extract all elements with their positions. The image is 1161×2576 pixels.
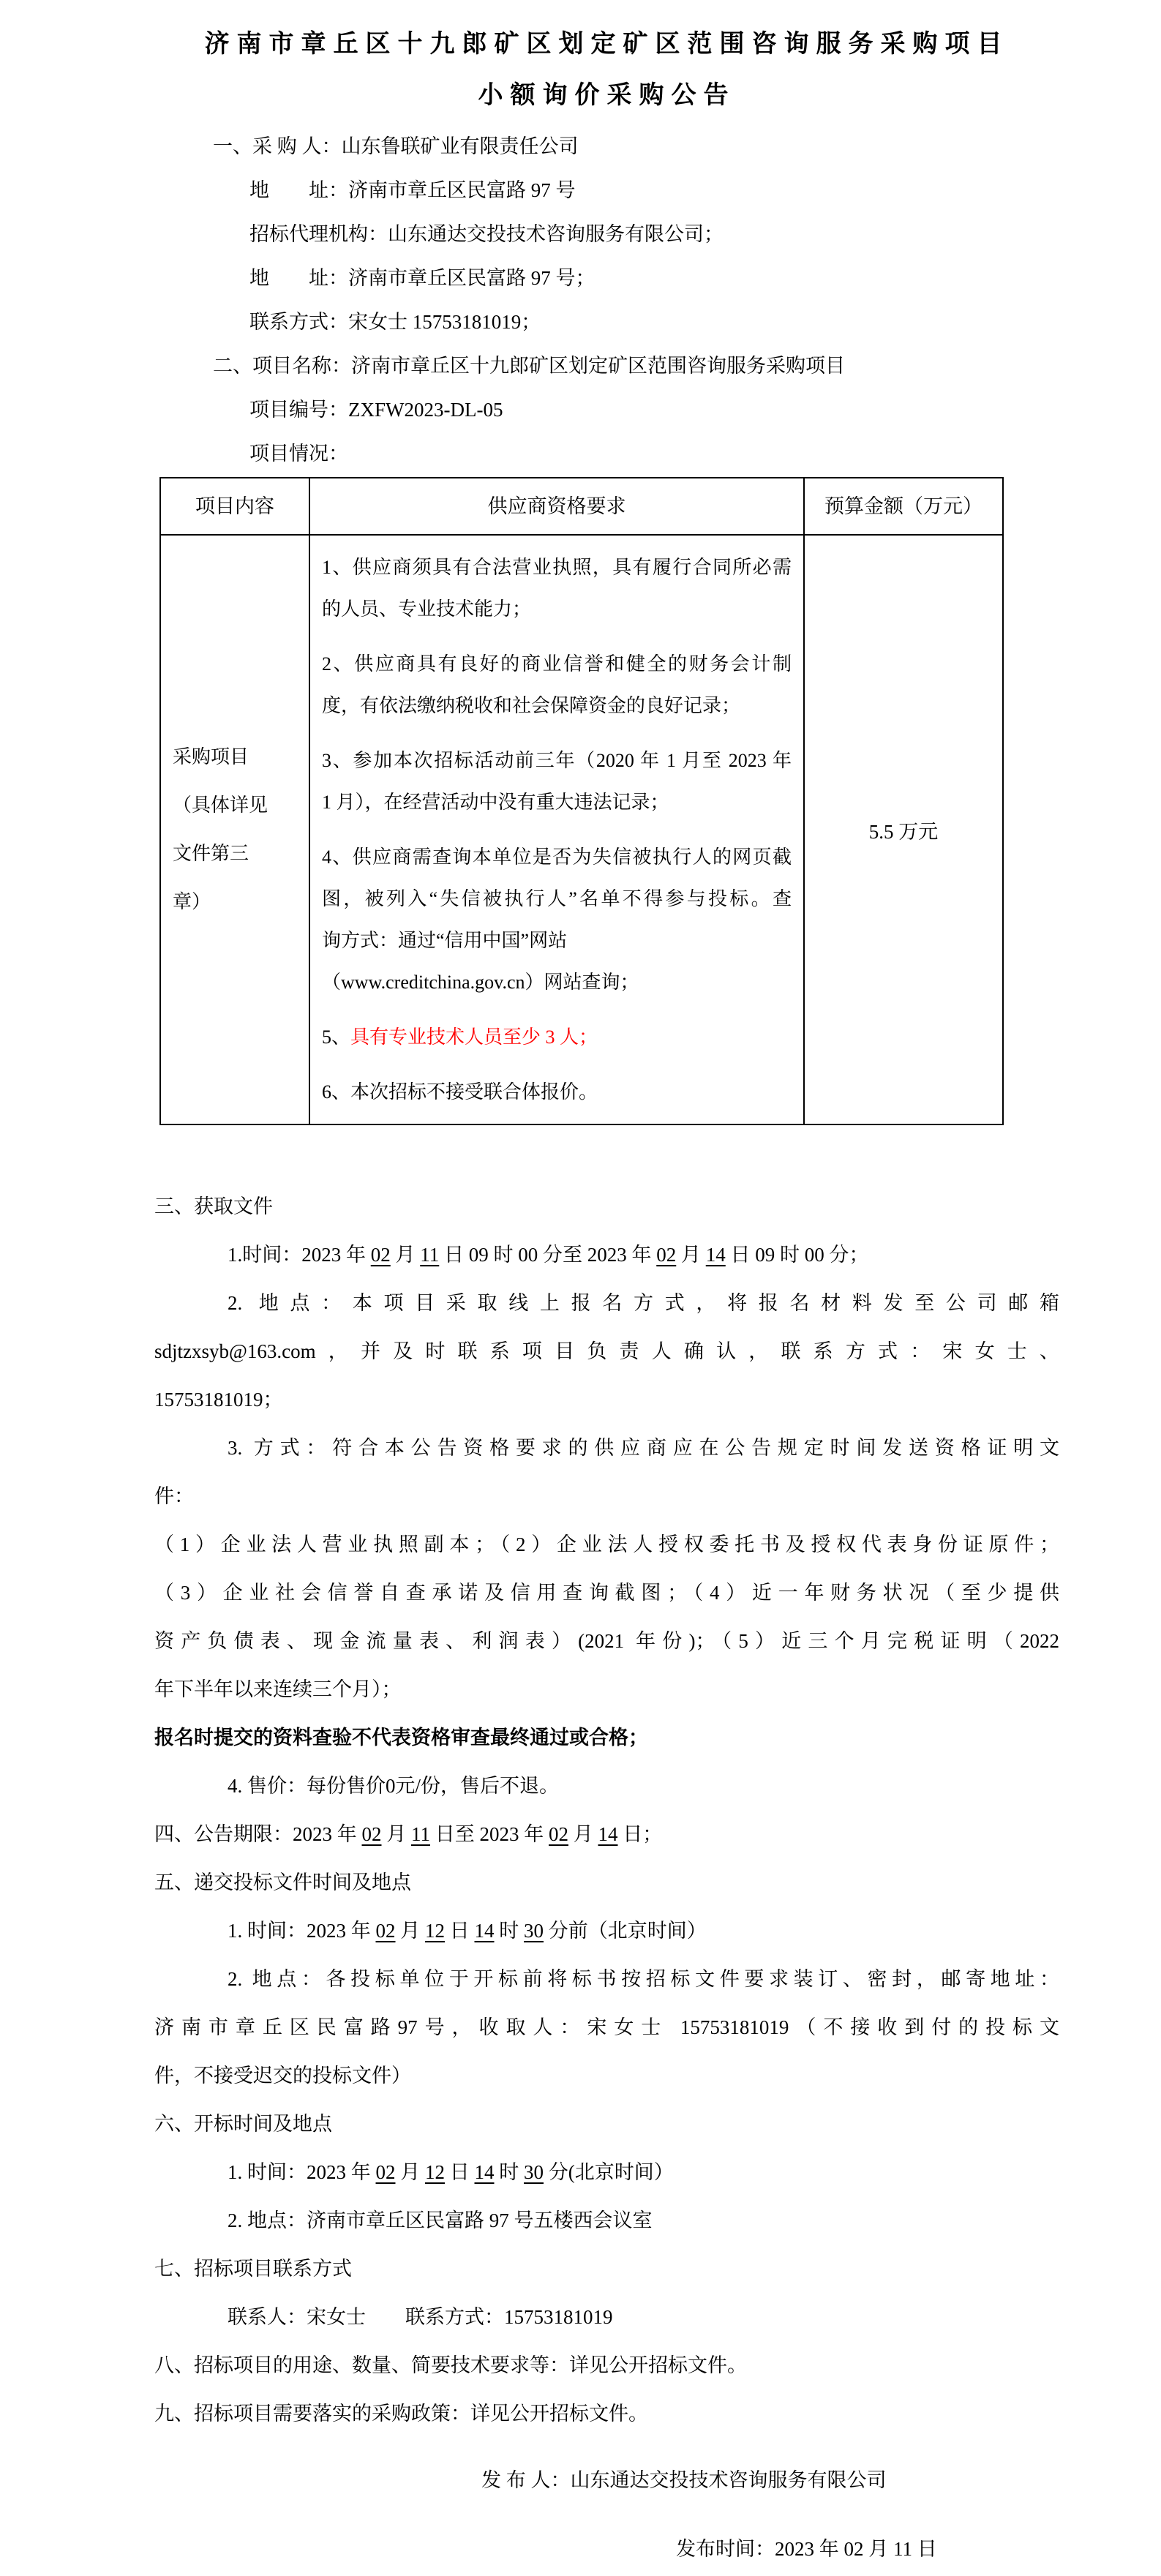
- text-line: 地 址：济南市章丘区民富路 97 号: [154, 168, 1059, 212]
- text-segment: 的人员、专业技术能力；: [322, 598, 531, 620]
- text-segment: 发 布 人：山东通达交投技术咨询服务有限公司: [481, 2469, 887, 2491]
- text-line: 的人员、专业技术能力；: [322, 588, 792, 630]
- text-line: 发布时间：2023 年 02 月 11 日: [154, 2525, 1059, 2573]
- text-segment: 2. 地点：本项目采取线上报名方式，将报名材料发至公司邮箱: [228, 1292, 1059, 1314]
- text-segment: sdjtzxsyb@163.com，并及时联系项目负责人确认，联系方式：宋女士、: [154, 1340, 1059, 1362]
- text-line: （www.creditchina.gov.cn）网站查询；: [322, 961, 792, 1003]
- page-title-line1: 济南市章丘区十九郎矿区划定矿区范围咨询服务采购项目: [154, 19, 1059, 70]
- text-segment: 分前（北京时间）: [544, 1920, 707, 1942]
- text-segment: 02: [376, 2161, 396, 2183]
- text-segment: 联系方式：宋女士 15753181019；: [249, 311, 541, 333]
- requirement-paragraph: 2、供应商具有良好的商业信誉和健全的财务会计制度，有依法缴纳税收和社会保障资金的…: [322, 643, 792, 726]
- text-line: 项目编号：ZXFW2023-DL-05: [154, 388, 1059, 432]
- publish-date-line: 发布时间：2023 年 02 月 11 日: [154, 2525, 1059, 2573]
- body-sections: 三、获取文件1.时间：2023 年 02 月 11 日 09 时 00 分至 2…: [154, 1182, 1059, 2438]
- text-segment: 八、招标项目的用途、数量、简要技术要求等：详见公开招标文件。: [154, 2354, 747, 2376]
- text-segment: 年下半年以来连续三个月）；: [154, 1678, 402, 1700]
- requirement-paragraph: 1、供应商须具有合法营业执照，具有履行合同所必需的人员、专业技术能力；: [322, 547, 792, 630]
- text-line: 2. 地点：各投标单位于开标前将标书按招标文件要求装订、密封，邮寄地址：: [154, 1955, 1059, 2003]
- text-segment: 日 09 时 00 分；: [726, 1244, 869, 1266]
- text-line: 九、招标项目需要落实的采购政策：详见公开招标文件。: [154, 2389, 1059, 2438]
- text-segment: 02: [371, 1244, 391, 1266]
- text-line: 三、获取文件: [154, 1182, 1059, 1231]
- requirement-paragraph: 3、参加本次招标活动前三年（2020 年 1 月至 2023 年1 月），在经营…: [322, 740, 792, 823]
- col-header-supplier-requirements: 供应商资格要求: [309, 478, 804, 535]
- text-line: （3）企业社会信誉自查承诺及信用查询截图；（4）近一年财务状况（至少提供: [154, 1569, 1059, 1617]
- text-segment: 3、参加本次招标活动前三年（2020 年 1 月至 2023 年: [322, 750, 792, 771]
- text-line: 件，不接受迟交的投标文件）: [154, 2051, 1059, 2100]
- text-line: 七、招标项目联系方式: [154, 2245, 1059, 2293]
- text-line: 1 月），在经营活动中没有重大违法记录；: [322, 781, 792, 823]
- text-line: 二、项目名称：济南市章丘区十九郎矿区划定矿区范围咨询服务采购项目: [154, 344, 1059, 388]
- text-segment: 4. 售价：每份售价0元/份，售后不退。: [228, 1775, 559, 1797]
- text-segment: 联系人：宋女士 联系方式：15753181019: [228, 2306, 613, 2328]
- text-segment: 度，有依法缴纳税收和社会保障资金的良好记录；: [322, 695, 740, 716]
- col-header-item-content: 项目内容: [160, 478, 309, 535]
- text-segment: 日至 2023 年: [430, 1823, 549, 1845]
- text-segment: 地 址：济南市章丘区民富路 97 号: [249, 179, 576, 201]
- text-segment: （具体详见: [173, 795, 268, 816]
- text-segment: 2. 地点：各投标单位于开标前将标书按招标文件要求装订、密封，邮寄地址：: [228, 1968, 1059, 1990]
- text-line: sdjtzxsyb@163.com，并及时联系项目负责人确认，联系方式：宋女士、: [154, 1327, 1059, 1375]
- text-segment: 二、项目名称：济南市章丘区十九郎矿区划定矿区范围咨询服务采购项目: [213, 355, 845, 377]
- requirement-paragraph: 6、本次招标不接受联合体报价。: [322, 1071, 792, 1113]
- text-segment: 项目情况：: [249, 443, 348, 465]
- text-line: 4. 售价：每份售价0元/份，售后不退。: [154, 1762, 1059, 1810]
- text-line: 一、采 购 人：山东鲁联矿业有限责任公司: [154, 124, 1059, 168]
- text-segment: 月: [676, 1244, 706, 1266]
- text-line: 1、供应商须具有合法营业执照，具有履行合同所必需: [322, 547, 792, 588]
- text-segment: 11: [411, 1823, 430, 1845]
- text-line: 联系人：宋女士 联系方式：15753181019: [154, 2293, 1059, 2341]
- text-segment: 日 09 时 00 分至 2023 年: [439, 1244, 656, 1266]
- text-segment: 14: [475, 1920, 495, 1942]
- document: 济南市章丘区十九郎矿区划定矿区范围咨询服务采购项目 小额询价采购公告 一、采 购…: [0, 0, 1161, 2576]
- text-segment: 项目编号：ZXFW2023-DL-05: [249, 399, 503, 421]
- text-segment: 14: [598, 1823, 618, 1845]
- text-line: 询方式：通过“信用中国”网站: [322, 920, 792, 961]
- text-segment: 件：: [154, 1485, 194, 1507]
- text-segment: 件，不接受迟交的投标文件）: [154, 2065, 411, 2087]
- text-segment: 6、本次招标不接受联合体报价。: [322, 1081, 598, 1103]
- text-segment: 月: [396, 1920, 426, 1942]
- text-segment: 日: [445, 1920, 475, 1942]
- text-line: 发 布 人：山东通达交投技术咨询服务有限公司: [154, 2456, 1059, 2504]
- text-line: 1.时间：2023 年 02 月 11 日 09 时 00 分至 2023 年 …: [154, 1231, 1059, 1279]
- text-line: 招标代理机构：山东通达交投技术咨询服务有限公司；: [154, 212, 1059, 256]
- text-line: 1. 时间：2023 年 02 月 12 日 14 时 30 分前（北京时间）: [154, 1907, 1059, 1955]
- text-line: 报名时提交的资料查验不代表资格审查最终通过或合格；: [154, 1713, 1059, 1762]
- text-segment: 5、: [322, 1026, 350, 1048]
- text-segment: 资产负债表、现金流量表、利润表）(2021 年份)；（5）近三个月完税证明（20…: [154, 1630, 1059, 1652]
- text-segment: 日；: [618, 1823, 663, 1845]
- text-line: 4、供应商需查询本单位是否为失信被执行人的网页截: [322, 836, 792, 878]
- text-line: 图，被列入“失信被执行人”名单不得参与投标。查: [322, 878, 792, 920]
- table-header-row: 项目内容 供应商资格要求 预算金额（万元）: [160, 478, 1003, 535]
- text-segment: 4、供应商需查询本单位是否为失信被执行人的网页截: [322, 846, 792, 868]
- item-content-cell: 采购项目（具体详见文件第三章）: [160, 535, 309, 1124]
- text-line: 件：: [154, 1472, 1059, 1520]
- text-line: 5、具有专业技术人员至少 3 人；: [322, 1016, 792, 1058]
- text-segment: 02: [362, 1823, 382, 1845]
- text-segment: 1、供应商须具有合法营业执照，具有履行合同所必需: [322, 557, 792, 578]
- text-line: 2、供应商具有良好的商业信誉和健全的财务会计制: [322, 643, 792, 685]
- text-line: （具体详见: [173, 781, 308, 830]
- text-segment: 月: [396, 2161, 426, 2183]
- text-segment: 询方式：通过“信用中国”网站: [322, 930, 567, 951]
- text-line: 八、招标项目的用途、数量、简要技术要求等：详见公开招标文件。: [154, 2341, 1059, 2389]
- text-segment: 14: [475, 2161, 495, 2183]
- text-segment: 30: [524, 1920, 544, 1942]
- text-segment: 1. 时间：2023 年: [228, 2161, 376, 2183]
- text-line: 项目情况：: [154, 432, 1059, 476]
- text-line: 文件第三: [173, 830, 308, 878]
- text-segment: 3. 方式：符合本公告资格要求的供应商应在公告规定时间发送资格证明文: [228, 1437, 1059, 1459]
- text-line: 3. 方式：符合本公告资格要求的供应商应在公告规定时间发送资格证明文: [154, 1424, 1059, 1472]
- text-segment: 2. 地点：济南市章丘区民富路 97 号五楼西会议室: [228, 2209, 653, 2231]
- text-segment: 采购项目: [173, 746, 249, 767]
- text-segment: 六、开标时间及地点: [154, 2113, 332, 2135]
- text-line: 济南市章丘区民富路97号，收取人：宋女士 15753181019（不接收到付的投…: [154, 2003, 1059, 2051]
- table-body-row: 采购项目（具体详见文件第三章） 1、供应商须具有合法营业执照，具有履行合同所必需…: [160, 535, 1003, 1124]
- project-info-table: 项目内容 供应商资格要求 预算金额（万元） 采购项目（具体详见文件第三章） 1、…: [159, 477, 1004, 1125]
- footer: 发 布 人：山东通达交投技术咨询服务有限公司 发布时间：2023 年 02 月 …: [154, 2456, 1059, 2573]
- text-line: 3、参加本次招标活动前三年（2020 年 1 月至 2023 年: [322, 740, 792, 781]
- text-line: 2. 地点：济南市章丘区民富路 97 号五楼西会议室: [154, 2196, 1059, 2245]
- text-segment: 月: [382, 1823, 412, 1845]
- text-line: 采购项目: [173, 733, 308, 781]
- text-line: 6、本次招标不接受联合体报价。: [322, 1071, 792, 1113]
- text-segment: 2、供应商具有良好的商业信誉和健全的财务会计制: [322, 653, 792, 675]
- text-segment: 02: [549, 1823, 568, 1845]
- text-segment: 三、获取文件: [154, 1195, 273, 1217]
- text-segment: 1.时间：2023 年: [228, 1244, 371, 1266]
- text-segment: 1. 时间：2023 年: [228, 1920, 376, 1942]
- text-segment: 五、递交投标文件时间及地点: [154, 1871, 411, 1893]
- text-segment: 分(北京时间）: [544, 2161, 674, 2183]
- col-header-budget: 预算金额（万元）: [804, 478, 1003, 535]
- publisher-line: 发 布 人：山东通达交投技术咨询服务有限公司: [154, 2456, 1059, 2504]
- text-segment: 一、采 购 人：山东鲁联矿业有限责任公司: [213, 135, 579, 157]
- text-segment: （www.creditchina.gov.cn）网站查询；: [322, 972, 639, 993]
- text-line: 联系方式：宋女士 15753181019；: [154, 300, 1059, 344]
- text-segment: 14: [706, 1244, 726, 1266]
- text-segment: 02: [376, 1920, 396, 1942]
- text-segment: 日: [445, 2161, 475, 2183]
- text-segment: 招标代理机构：山东通达交投技术咨询服务有限公司；: [249, 223, 724, 245]
- text-segment: 章）: [173, 891, 211, 912]
- text-segment: 报名时提交的资料查验不代表资格审查最终通过或合格；: [154, 1727, 648, 1749]
- text-segment: 月: [391, 1244, 421, 1266]
- text-line: 地 址：济南市章丘区民富路 97 号；: [154, 256, 1059, 300]
- text-segment: （3）企业社会信誉自查承诺及信用查询截图；（4）近一年财务状况（至少提供: [154, 1582, 1059, 1604]
- text-segment: 济南市章丘区民富路97号，收取人：宋女士 15753181019（不接收到付的投…: [154, 2016, 1059, 2038]
- text-segment: 九、招标项目需要落实的采购政策：详见公开招标文件。: [154, 2403, 648, 2425]
- text-line: （1）企业法人营业执照副本；（2）企业法人授权委托书及授权代表身份证原件；: [154, 1520, 1059, 1569]
- page-title-line2: 小额询价采购公告: [154, 70, 1059, 121]
- supplier-requirements-cell: 1、供应商须具有合法营业执照，具有履行合同所必需的人员、专业技术能力；2、供应商…: [309, 535, 804, 1124]
- text-line: 年下半年以来连续三个月）；: [154, 1665, 1059, 1713]
- text-segment: 11: [420, 1244, 439, 1266]
- text-segment: 地 址：济南市章丘区民富路 97 号；: [249, 267, 595, 289]
- text-segment: 文件第三: [173, 843, 249, 864]
- requirement-paragraph: 4、供应商需查询本单位是否为失信被执行人的网页截图，被列入“失信被执行人”名单不…: [322, 836, 792, 1003]
- text-line: 资产负债表、现金流量表、利润表）(2021 年份)；（5）近三个月完税证明（20…: [154, 1617, 1059, 1665]
- text-line: 1. 时间：2023 年 02 月 12 日 14 时 30 分(北京时间）: [154, 2148, 1059, 2196]
- text-segment: 四、公告期限：2023 年: [154, 1823, 362, 1845]
- intro-section: 一、采 购 人：山东鲁联矿业有限责任公司地 址：济南市章丘区民富路 97 号招标…: [154, 124, 1059, 476]
- requirement-paragraph: 5、具有专业技术人员至少 3 人；: [322, 1016, 792, 1058]
- text-segment: 发布时间：2023 年 02 月 11 日: [676, 2538, 937, 2560]
- text-segment: 12: [425, 1920, 445, 1942]
- text-line: 六、开标时间及地点: [154, 2100, 1059, 2148]
- text-line: 四、公告期限：2023 年 02 月 11 日至 2023 年 02 月 14 …: [154, 1810, 1059, 1858]
- text-segment: 月: [568, 1823, 598, 1845]
- budget-cell: 5.5 万元: [804, 535, 1003, 1124]
- text-line: 2. 地点：本项目采取线上报名方式，将报名材料发至公司邮箱: [154, 1279, 1059, 1327]
- text-segment: 02: [656, 1244, 676, 1266]
- text-segment: 七、招标项目联系方式: [154, 2258, 352, 2280]
- text-segment: 具有专业技术人员至少 3 人；: [350, 1026, 598, 1048]
- text-line: 五、递交投标文件时间及地点: [154, 1858, 1059, 1907]
- text-segment: 12: [425, 2161, 445, 2183]
- text-segment: （1）企业法人营业执照副本；（2）企业法人授权委托书及授权代表身份证原件；: [154, 1533, 1059, 1555]
- text-line: 15753181019；: [154, 1375, 1059, 1424]
- text-line: 度，有依法缴纳税收和社会保障资金的良好记录；: [322, 685, 792, 726]
- text-segment: 时: [495, 2161, 525, 2183]
- text-segment: 图，被列入“失信被执行人”名单不得参与投标。查: [322, 888, 792, 909]
- text-segment: 30: [524, 2161, 544, 2183]
- text-line: 章）: [173, 878, 308, 926]
- text-segment: 1 月），在经营活动中没有重大违法记录；: [322, 792, 669, 813]
- text-segment: 15753181019；: [154, 1389, 283, 1411]
- text-segment: 时: [495, 1920, 525, 1942]
